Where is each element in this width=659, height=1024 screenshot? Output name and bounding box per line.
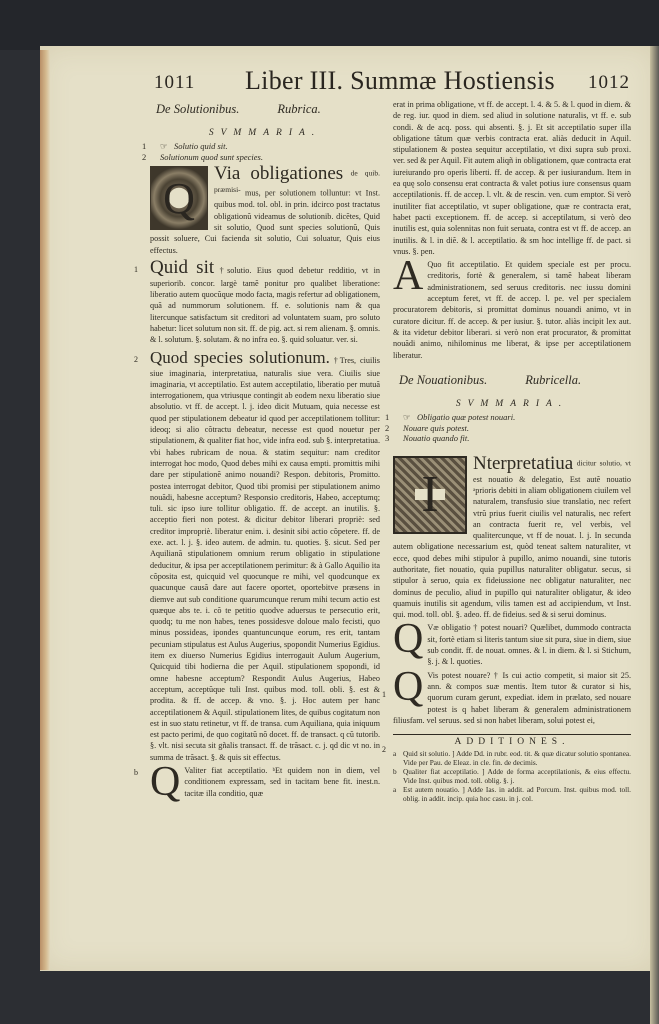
section-lead: Quid sit — [150, 257, 214, 278]
rubric-heading: De Solutionibus. Rubrica. — [156, 100, 380, 118]
rubric-heading: De Nouationibus. Rubricella. — [399, 371, 631, 389]
drop-initial-q: Q — [150, 765, 180, 799]
right-column: erat in prima obligatione, vt ff. de acc… — [393, 99, 631, 803]
drop-initial-q: Q — [393, 670, 423, 704]
running-title: Liber III. Summæ Hostiensis — [245, 66, 555, 96]
addition-note: b Qualiter fiat acceptilatio. ] Adde de … — [393, 767, 631, 785]
left-column: De Solutionibus. Rubrica. SVMMARIA. 1 ☞S… — [150, 100, 380, 799]
margin-marker: 1 — [382, 690, 386, 699]
summaria-item: 2 Nouare quis potest. — [393, 423, 631, 434]
manicule-icon: ☞ — [160, 141, 174, 152]
decorated-initial-i-icon: I — [393, 456, 467, 534]
drop-initial-q: Q — [393, 622, 423, 656]
drop-initial-a: A — [393, 259, 423, 293]
section-quid-sit: 1 Quid sit †solutio. Eius quod debetur r… — [150, 258, 380, 346]
rubric-title: De Nouationibus. — [399, 371, 487, 389]
section-qualiter: b Q Valiter fiat acceptilatio. ᵇEt quide… — [150, 765, 380, 799]
folio-right: 1012 — [588, 72, 630, 94]
section-a: A Quo fit acceptilatio. Et quidem specia… — [393, 259, 631, 361]
summaria-item: 1 ☞Solutio quid sit. — [150, 141, 380, 152]
section-lead: Quod species solutionum. — [150, 348, 330, 367]
section-quis-potest: Q Vis potest nouare? † Is cui actio comp… — [393, 670, 631, 726]
rubric-label: Rubrica. — [277, 100, 320, 118]
addition-note: a Est autem nouatio. ] Adde Ias. in addi… — [393, 785, 631, 803]
margin-marker: 2 — [382, 745, 386, 754]
additiones-title: ADDITIONES. — [393, 737, 631, 748]
summaria-item: 3 Nouatio quando fit. — [393, 433, 631, 444]
page-header: 1011 Liber III. Summæ Hostiensis 1012 — [140, 70, 630, 100]
section-species: 2 Quod species solutionum. †Tres, ciuili… — [150, 348, 380, 763]
scan-background — [0, 0, 659, 50]
addition-note: a Quid sit solutio. ] Adde Dd. in rubr. … — [393, 749, 631, 767]
summaria-title: SVMMARIA. — [150, 128, 380, 139]
decorated-initial-q-icon: Q — [150, 166, 208, 230]
summaria-title: SVMMARIA. — [393, 399, 631, 410]
summaria-item: 1 ☞Obligatio quæ potest nouari. — [393, 412, 631, 423]
section-quae-obligatio: Q Væ obligatio † potest nouari? Quælibet… — [393, 622, 631, 667]
continuation-paragraph: erat in prima obligatione, vt ff. de acc… — [393, 99, 631, 257]
page-fore-edge — [40, 50, 50, 970]
binding-gutter — [650, 46, 659, 1024]
section-lead: Nterpretatiua — [473, 453, 573, 474]
intro-lead: Via obligationes — [214, 163, 343, 184]
intro-paragraph: Q Via obligationes de quib. præmisi- mus… — [150, 164, 380, 256]
folio-left: 1011 — [154, 72, 195, 94]
rubric-title: De Solutionibus. — [156, 100, 239, 118]
manicule-icon: ☞ — [403, 412, 417, 423]
rubric-label: Rubricella. — [525, 371, 581, 389]
section-interpretatiua: I Nterpretatiua dicitur solutio, vt est … — [393, 454, 631, 621]
summaria-item: 2 Solutionum quod sunt species. — [150, 152, 380, 163]
additiones-divider — [393, 734, 631, 735]
